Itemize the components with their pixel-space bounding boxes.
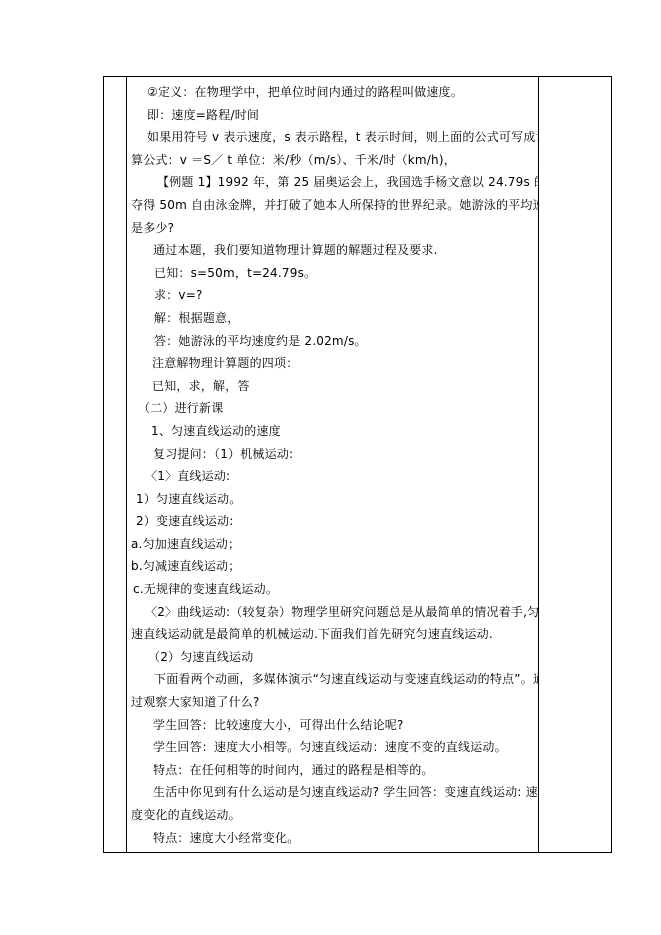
document-page: ②定义：在物理学中，把单位时间内通过的路程叫做速度。即：速度=路程/时间如果用符… — [0, 0, 661, 935]
text-line: c.无规律的变速直线运动。 — [131, 578, 536, 601]
text-line: 生活中你见到有什么运动是匀速直线运动? 学生回答：变速直线运动: 速 — [131, 781, 536, 804]
text-line: 算公式：v ＝S／ t 单位：米/秒（m/s）、千米/时（km/h)， — [131, 149, 536, 172]
text-line: 夺得 50m 自由泳金牌，并打破了她本人所保持的世界纪录。她游泳的平均速度 — [131, 194, 536, 217]
text-line: 特点：速度大小经常变化。 — [131, 827, 536, 850]
text-line: （2）匀速直线运动 — [131, 646, 536, 669]
text-line: 答：她游泳的平均速度约是 2.02m/s。 — [131, 330, 536, 353]
text-line: 过观察大家知道了什么? — [131, 691, 536, 714]
text-line: 学生回答：速度大小相等。匀速直线运动：速度不变的直线运动。 — [131, 736, 536, 759]
text-line: 已知：s=50m，t=24.79s。 — [131, 262, 536, 285]
text-line: 求：v=? — [131, 284, 536, 307]
text-line: 复习提问：（1）机械运动: — [131, 443, 536, 466]
lesson-plan-table: ②定义：在物理学中，把单位时间内通过的路程叫做速度。即：速度=路程/时间如果用符… — [103, 76, 612, 853]
table-cell-content: ②定义：在物理学中，把单位时间内通过的路程叫做速度。即：速度=路程/时间如果用符… — [127, 77, 539, 852]
table-cell-left — [104, 77, 127, 852]
text-line: 1、匀速直线运动的速度 — [131, 420, 536, 443]
text-line: 速直线运动就是最简单的机械运动.下面我们首先研究匀速直线运动. — [131, 623, 536, 646]
text-line: 解：根据题意， — [131, 307, 536, 330]
text-line: 2）变速直线运动: — [131, 510, 536, 533]
text-line: 学生回答：比较速度大小，可得出什么结论呢? — [131, 714, 536, 737]
text-line: 特点：在任何相等的时间内，通过的路程是相等的。 — [131, 759, 536, 782]
text-line: 如果用符号 v 表示速度，s 表示路程，t 表示时间，则上面的公式可写成计 — [131, 126, 536, 149]
text-line: 【例题 1】1992 年，第 25 届奥运会上，我国选手杨文意以 24.79s … — [131, 171, 536, 194]
text-line: b.匀减速直线运动； — [131, 555, 536, 578]
text-line: 已知，求，解，答 — [131, 375, 536, 398]
text-line: ②定义：在物理学中，把单位时间内通过的路程叫做速度。 — [131, 81, 536, 104]
text-line: 即：速度=路程/时间 — [131, 104, 536, 127]
text-line: 下面看两个动画，多媒体演示“匀速直线运动与变速直线运动的特点”。通 — [131, 668, 536, 691]
text-line: a.匀加速直线运动； — [131, 533, 536, 556]
text-line: 〈2〉曲线运动:（较复杂）物理学里研究问题总是从最简单的情况着手,匀 — [131, 601, 536, 624]
text-line: 1）匀速直线运动。 — [131, 488, 536, 511]
text-line: （二）进行新课 — [131, 397, 536, 420]
text-line: 通过本题，我们要知道物理计算题的解题过程及要求. — [131, 239, 536, 262]
table-cell-right — [539, 77, 611, 852]
text-line: 是多少? — [131, 217, 536, 240]
text-line: 度变化的直线运动。 — [131, 804, 536, 827]
text-line: 注意解物理计算题的四项： — [131, 352, 536, 375]
text-line: 〈1〉直线运动: — [131, 465, 536, 488]
